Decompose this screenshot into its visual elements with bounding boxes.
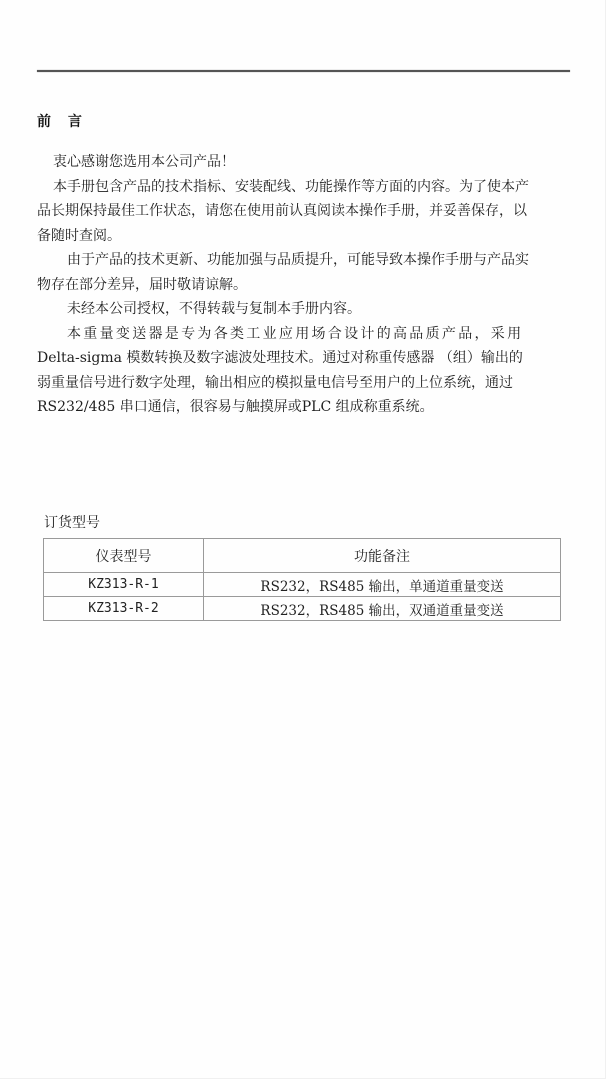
cell-function-notes: RS232，RS485 输出，双通道重量变送 — [204, 597, 561, 621]
cell-model: KZ313-R-2 — [44, 597, 204, 621]
preface-body: 衷心感谢您选用本公司产品！ 本手册包含产品的技术指标、安装配线、功能操作等方面的… — [37, 150, 570, 420]
table-header-row: 仪表型号 功能备注 — [44, 539, 561, 573]
table-row: KZ313-R-2 RS232，RS485 输出，双通道重量变送 — [44, 597, 561, 621]
order-models-label: 订货型号 — [44, 512, 100, 532]
cell-function-notes: RS232，RS485 输出，单通道重量变送 — [204, 573, 561, 597]
paragraph-manual-contents-line-3: 备随时查阅。 — [37, 224, 570, 249]
paragraph-product-intro-line-1: 本重量变送器是专为各类工业应用场合设计的高品质产品，采用 — [37, 322, 570, 347]
paragraph-manual-contents-line-1: 本手册包含产品的技术指标、安装配线、功能操作等方面的内容。为了使本产 — [37, 175, 570, 200]
header-model: 仪表型号 — [44, 539, 204, 573]
paragraph-product-intro-line-3: 弱重量信号进行数字处理，输出相应的模拟量电信号至用户的上位系统，通过 — [37, 371, 570, 396]
document-page: 前 言 衷心感谢您选用本公司产品！ 本手册包含产品的技术指标、安装配线、功能操作… — [0, 0, 606, 1079]
paragraph-product-intro-line-4: RS232/485 串口通信，很容易与触摸屏或PLC 组成称重系统。 — [37, 395, 570, 420]
paragraph-differences-line-1: 由于产品的技术更新、功能加强与品质提升，可能导致本操作手册与产品实 — [37, 248, 570, 273]
cell-model: KZ313-R-1 — [44, 573, 204, 597]
order-models-table: 仪表型号 功能备注 KZ313-R-1 RS232，RS485 输出，单通道重量… — [43, 538, 561, 621]
paragraph-thanks: 衷心感谢您选用本公司产品！ — [37, 150, 570, 175]
paragraph-product-intro-line-2: Delta-sigma 模数转换及数字滤波处理技术。通过对称重传感器 （组）输出… — [37, 346, 570, 371]
header-function-notes: 功能备注 — [204, 539, 561, 573]
section-title: 前 言 — [37, 111, 88, 131]
paragraph-copyright: 未经本公司授权，不得转载与复制本手册内容。 — [37, 297, 570, 322]
table-row: KZ313-R-1 RS232，RS485 输出，单通道重量变送 — [44, 573, 561, 597]
paragraph-differences-line-2: 物存在部分差异，届时敬请谅解。 — [37, 273, 570, 298]
paragraph-manual-contents-line-2: 品长期保持最佳工作状态，请您在使用前认真阅读本操作手册，并妥善保存，以 — [37, 199, 570, 224]
header-rule-divider — [37, 70, 570, 72]
